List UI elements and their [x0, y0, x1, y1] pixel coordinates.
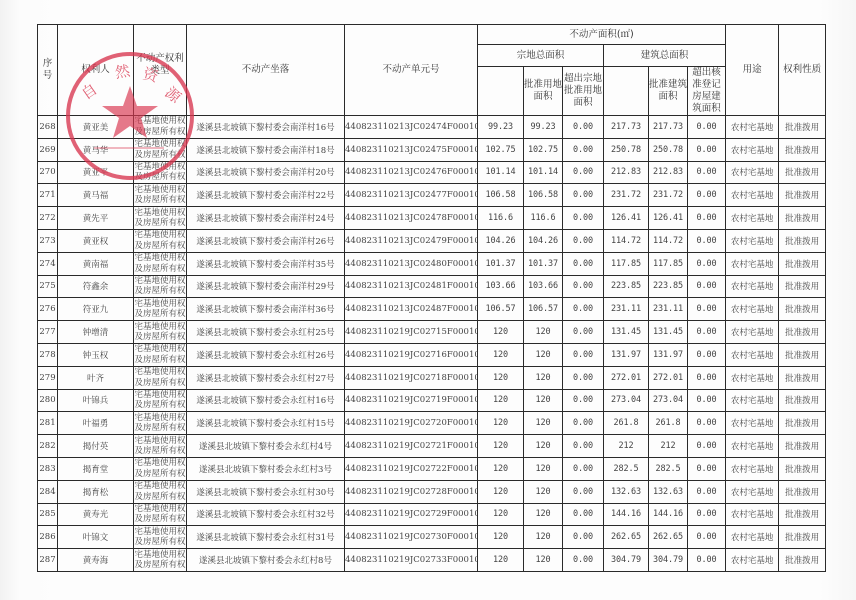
row-location: 遂溪县北坡镇下黎村委会永红村31号 [187, 526, 345, 549]
row-owner: 揭育堂 [58, 457, 134, 480]
row-land-total: 120 [478, 549, 524, 572]
row-building-excess: 0.00 [688, 343, 726, 366]
table-row: 273黄亚权宅基地使用权及房屋所有权遂溪县北坡镇下黎村委会南洋村26号44082… [38, 229, 826, 252]
row-owner: 黄马华 [58, 138, 134, 161]
row-owner: 揭育松 [58, 480, 134, 503]
row-land-approved: 103.66 [524, 275, 563, 298]
row-building-approved: 231.72 [649, 184, 688, 207]
row-usage: 农村宅基地 [726, 480, 779, 503]
row-unit-no: 440823110219JC02733F00010001 [345, 549, 478, 572]
row-seq: 282 [38, 435, 58, 458]
row-land-excess: 0.00 [563, 412, 604, 435]
row-building-excess: 0.00 [688, 116, 726, 139]
row-right-nature: 批准拨用 [779, 321, 826, 344]
row-building-approved: 304.79 [649, 549, 688, 572]
row-right-type: 宅基地使用权及房屋所有权 [134, 161, 187, 184]
header-land-total [478, 67, 524, 116]
row-building-total: 117.85 [604, 252, 649, 275]
row-land-total: 106.57 [478, 298, 524, 321]
row-owner: 叶福勇 [58, 412, 134, 435]
row-unit-no: 440823110219JC02721F00010001 [345, 435, 478, 458]
row-building-excess: 0.00 [688, 207, 726, 230]
row-usage: 农村宅基地 [726, 321, 779, 344]
row-right-nature: 批准拨用 [779, 138, 826, 161]
header-location: 不动产坐落 [187, 25, 345, 116]
row-seq: 276 [38, 298, 58, 321]
row-owner: 黄先平 [58, 207, 134, 230]
row-right-nature: 批准拨用 [779, 503, 826, 526]
row-owner: 黄亚权 [58, 229, 134, 252]
row-building-excess: 0.00 [688, 275, 726, 298]
row-land-approved: 120 [524, 435, 563, 458]
row-unit-no: 440823110213JC02480F00010001 [345, 252, 478, 275]
row-land-approved: 120 [524, 457, 563, 480]
row-right-type: 宅基地使用权及房屋所有权 [134, 298, 187, 321]
row-right-nature: 批准拨用 [779, 116, 826, 139]
row-building-total: 223.85 [604, 275, 649, 298]
row-unit-no: 440823110213JC02479F00010001 [345, 229, 478, 252]
table-row: 272黄先平宅基地使用权及房屋所有权遂溪县北坡镇下黎村委会南洋村24号44082… [38, 207, 826, 230]
row-location: 遂溪县北坡镇下黎村委会南洋村26号 [187, 229, 345, 252]
row-land-approved: 102.75 [524, 138, 563, 161]
row-unit-no: 440823110219JC02716F00010001 [345, 343, 478, 366]
row-building-total: 261.8 [604, 412, 649, 435]
header-building-total [604, 67, 649, 116]
table-body: 268黄亚美宅基地使用权及房屋所有权遂溪县北坡镇下黎村委会南洋村16号44082… [38, 116, 826, 572]
row-owner: 黄马福 [58, 184, 134, 207]
row-seq: 280 [38, 389, 58, 412]
row-location: 遂溪县北坡镇下黎村委会永红村3号 [187, 457, 345, 480]
row-land-approved: 99.23 [524, 116, 563, 139]
row-land-approved: 120 [524, 343, 563, 366]
row-land-excess: 0.00 [563, 161, 604, 184]
row-right-type: 宅基地使用权及房屋所有权 [134, 457, 187, 480]
header-excess-building: 超出核准登记房屋建筑面积 [688, 67, 726, 116]
row-right-nature: 批准拨用 [779, 389, 826, 412]
row-land-approved: 101.14 [524, 161, 563, 184]
row-location: 遂溪县北坡镇下黎村委会南洋村22号 [187, 184, 345, 207]
table-row: 276符亚九宅基地使用权及房屋所有权遂溪县北坡镇下黎村委会南洋村36号44082… [38, 298, 826, 321]
table-row: 287黄寿海宅基地使用权及房屋所有权遂溪县北坡镇下黎村委会永红村8号440823… [38, 549, 826, 572]
row-land-excess: 0.00 [563, 229, 604, 252]
row-building-total: 126.41 [604, 207, 649, 230]
row-building-excess: 0.00 [688, 435, 726, 458]
row-usage: 农村宅基地 [726, 116, 779, 139]
row-land-excess: 0.00 [563, 435, 604, 458]
row-land-excess: 0.00 [563, 457, 604, 480]
row-owner: 钟增清 [58, 321, 134, 344]
row-land-total: 120 [478, 480, 524, 503]
header-usage: 用途 [726, 25, 779, 116]
header-seq: 序号 [38, 25, 58, 116]
table-row: 284揭育松宅基地使用权及房屋所有权遂溪县北坡镇下黎村委会永红村30号44082… [38, 480, 826, 503]
row-land-excess: 0.00 [563, 503, 604, 526]
row-usage: 农村宅基地 [726, 207, 779, 230]
row-land-excess: 0.00 [563, 480, 604, 503]
row-building-approved: 282.5 [649, 457, 688, 480]
row-land-approved: 101.37 [524, 252, 563, 275]
row-land-total: 106.58 [478, 184, 524, 207]
row-owner: 揭付英 [58, 435, 134, 458]
row-unit-no: 440823110219JC02720F00010001 [345, 412, 478, 435]
row-seq: 272 [38, 207, 58, 230]
row-seq: 270 [38, 161, 58, 184]
row-building-total: 132.63 [604, 480, 649, 503]
row-location: 遂溪县北坡镇下黎村委会永红村8号 [187, 549, 345, 572]
row-right-type: 宅基地使用权及房屋所有权 [134, 207, 187, 230]
row-building-approved: 273.04 [649, 389, 688, 412]
row-land-excess: 0.00 [563, 526, 604, 549]
row-owner: 黄寿光 [58, 503, 134, 526]
row-right-type: 宅基地使用权及房屋所有权 [134, 503, 187, 526]
row-land-total: 102.75 [478, 138, 524, 161]
row-owner: 钟玉权 [58, 343, 134, 366]
row-right-nature: 批准拨用 [779, 457, 826, 480]
row-location: 遂溪县北坡镇下黎村委会永红村27号 [187, 366, 345, 389]
row-right-type: 宅基地使用权及房屋所有权 [134, 549, 187, 572]
row-usage: 农村宅基地 [726, 526, 779, 549]
row-unit-no: 440823110213JC02481F00010001 [345, 275, 478, 298]
row-land-total: 116.6 [478, 207, 524, 230]
row-unit-no: 440823110219JC02728F00010001 [345, 480, 478, 503]
row-seq: 274 [38, 252, 58, 275]
row-building-approved: 132.63 [649, 480, 688, 503]
row-usage: 农村宅基地 [726, 457, 779, 480]
row-building-total: 262.65 [604, 526, 649, 549]
row-building-total: 144.16 [604, 503, 649, 526]
row-location: 遂溪县北坡镇下黎村委会永红村16号 [187, 389, 345, 412]
row-unit-no: 440823110219JC02719F00010001 [345, 389, 478, 412]
row-right-nature: 批准拨用 [779, 184, 826, 207]
row-location: 遂溪县北坡镇下黎村委会南洋村29号 [187, 275, 345, 298]
row-building-excess: 0.00 [688, 321, 726, 344]
header-owner: 权利人 [58, 25, 134, 116]
row-usage: 农村宅基地 [726, 366, 779, 389]
row-owner: 叶齐 [58, 366, 134, 389]
header-right-type: 不动产权利类型 [134, 25, 187, 116]
row-land-total: 120 [478, 457, 524, 480]
row-building-approved: 272.01 [649, 366, 688, 389]
row-seq: 284 [38, 480, 58, 503]
row-right-type: 宅基地使用权及房屋所有权 [134, 389, 187, 412]
row-right-nature: 批准拨用 [779, 343, 826, 366]
row-usage: 农村宅基地 [726, 298, 779, 321]
row-right-nature: 批准拨用 [779, 229, 826, 252]
row-location: 遂溪县北坡镇下黎村委会南洋村16号 [187, 116, 345, 139]
row-usage: 农村宅基地 [726, 161, 779, 184]
row-building-approved: 231.11 [649, 298, 688, 321]
row-building-excess: 0.00 [688, 161, 726, 184]
row-land-approved: 106.58 [524, 184, 563, 207]
row-land-total: 104.26 [478, 229, 524, 252]
row-building-total: 212.83 [604, 161, 649, 184]
row-right-type: 宅基地使用权及房屋所有权 [134, 343, 187, 366]
row-building-excess: 0.00 [688, 389, 726, 412]
row-seq: 278 [38, 343, 58, 366]
row-right-type: 宅基地使用权及房屋所有权 [134, 435, 187, 458]
row-right-nature: 批准拨用 [779, 366, 826, 389]
row-right-type: 宅基地使用权及房屋所有权 [134, 184, 187, 207]
row-building-total: 231.11 [604, 298, 649, 321]
row-seq: 287 [38, 549, 58, 572]
row-right-nature: 批准拨用 [779, 275, 826, 298]
row-building-excess: 0.00 [688, 457, 726, 480]
header-right-nature: 权利性质 [779, 25, 826, 116]
row-land-excess: 0.00 [563, 366, 604, 389]
row-building-approved: 262.65 [649, 526, 688, 549]
row-unit-no: 440823110213JC02478F00010001 [345, 207, 478, 230]
row-building-total: 272.01 [604, 366, 649, 389]
row-building-excess: 0.00 [688, 412, 726, 435]
row-usage: 农村宅基地 [726, 184, 779, 207]
row-unit-no: 440823110219JC02718F00010001 [345, 366, 478, 389]
row-land-total: 120 [478, 366, 524, 389]
row-building-approved: 223.85 [649, 275, 688, 298]
row-building-total: 212 [604, 435, 649, 458]
row-land-total: 103.66 [478, 275, 524, 298]
header-excess-land: 超出宗地批准用地面积 [563, 67, 604, 116]
row-building-excess: 0.00 [688, 229, 726, 252]
row-land-total: 99.23 [478, 116, 524, 139]
row-seq: 279 [38, 366, 58, 389]
row-building-approved: 126.41 [649, 207, 688, 230]
row-location: 遂溪县北坡镇下黎村委会永红村4号 [187, 435, 345, 458]
table-row: 275符鑫余宅基地使用权及房屋所有权遂溪县北坡镇下黎村委会南洋村29号44082… [38, 275, 826, 298]
row-right-nature: 批准拨用 [779, 252, 826, 275]
row-land-excess: 0.00 [563, 184, 604, 207]
row-building-approved: 212 [649, 435, 688, 458]
row-building-approved: 131.97 [649, 343, 688, 366]
row-land-total: 120 [478, 503, 524, 526]
row-right-nature: 批准拨用 [779, 161, 826, 184]
row-land-excess: 0.00 [563, 343, 604, 366]
row-right-type: 宅基地使用权及房屋所有权 [134, 526, 187, 549]
row-unit-no: 440823110213JC02475F00010001 [345, 138, 478, 161]
row-owner: 叶锦兵 [58, 389, 134, 412]
row-usage: 农村宅基地 [726, 138, 779, 161]
row-building-total: 273.04 [604, 389, 649, 412]
row-building-total: 250.78 [604, 138, 649, 161]
row-land-excess: 0.00 [563, 549, 604, 572]
scanned-page: 序号 权利人 不动产权利类型 不动产坐落 不动产单元号 不动产面积(㎡) 用途 … [0, 0, 856, 600]
table-row: 268黄亚美宅基地使用权及房屋所有权遂溪县北坡镇下黎村委会南洋村16号44082… [38, 116, 826, 139]
row-owner: 叶锦文 [58, 526, 134, 549]
row-building-approved: 131.45 [649, 321, 688, 344]
row-building-approved: 212.83 [649, 161, 688, 184]
row-land-approved: 106.57 [524, 298, 563, 321]
row-unit-no: 440823110213JC02476F00010001 [345, 161, 478, 184]
row-land-total: 120 [478, 435, 524, 458]
table-row: 281叶福勇宅基地使用权及房屋所有权遂溪县北坡镇下黎村委会永红村15号44082… [38, 412, 826, 435]
row-land-excess: 0.00 [563, 298, 604, 321]
row-building-total: 131.97 [604, 343, 649, 366]
row-usage: 农村宅基地 [726, 343, 779, 366]
row-usage: 农村宅基地 [726, 389, 779, 412]
row-building-approved: 114.72 [649, 229, 688, 252]
row-land-approved: 120 [524, 412, 563, 435]
row-owner: 符亚九 [58, 298, 134, 321]
row-seq: 285 [38, 503, 58, 526]
row-right-nature: 批准拨用 [779, 480, 826, 503]
table-row: 280叶锦兵宅基地使用权及房屋所有权遂溪县北坡镇下黎村委会永红村16号44082… [38, 389, 826, 412]
row-building-excess: 0.00 [688, 366, 726, 389]
row-building-approved: 250.78 [649, 138, 688, 161]
row-seq: 273 [38, 229, 58, 252]
row-usage: 农村宅基地 [726, 549, 779, 572]
row-building-excess: 0.00 [688, 298, 726, 321]
table-row: 271黄马福宅基地使用权及房屋所有权遂溪县北坡镇下黎村委会南洋村22号44082… [38, 184, 826, 207]
row-seq: 277 [38, 321, 58, 344]
header-approved-land: 批准用地面积 [524, 67, 563, 116]
row-building-excess: 0.00 [688, 526, 726, 549]
row-building-excess: 0.00 [688, 480, 726, 503]
table-row: 285黄寿光宅基地使用权及房屋所有权遂溪县北坡镇下黎村委会永红村32号44082… [38, 503, 826, 526]
row-building-excess: 0.00 [688, 252, 726, 275]
row-location: 遂溪县北坡镇下黎村委会南洋村18号 [187, 138, 345, 161]
row-building-excess: 0.00 [688, 138, 726, 161]
row-usage: 农村宅基地 [726, 503, 779, 526]
row-unit-no: 440823110219JC02730F00010001 [345, 526, 478, 549]
row-building-excess: 0.00 [688, 184, 726, 207]
row-land-excess: 0.00 [563, 321, 604, 344]
row-owner: 黄亚平 [58, 161, 134, 184]
row-right-type: 宅基地使用权及房屋所有权 [134, 116, 187, 139]
row-building-excess: 0.00 [688, 503, 726, 526]
row-seq: 268 [38, 116, 58, 139]
row-land-excess: 0.00 [563, 138, 604, 161]
row-seq: 275 [38, 275, 58, 298]
row-owner: 黄寿海 [58, 549, 134, 572]
table-row: 286叶锦文宅基地使用权及房屋所有权遂溪县北坡镇下黎村委会永红村31号44082… [38, 526, 826, 549]
row-right-nature: 批准拨用 [779, 207, 826, 230]
row-location: 遂溪县北坡镇下黎村委会永红村25号 [187, 321, 345, 344]
row-right-type: 宅基地使用权及房屋所有权 [134, 480, 187, 503]
row-land-excess: 0.00 [563, 116, 604, 139]
row-land-approved: 120 [524, 366, 563, 389]
row-seq: 269 [38, 138, 58, 161]
row-owner: 黄南福 [58, 252, 134, 275]
row-right-type: 宅基地使用权及房屋所有权 [134, 412, 187, 435]
table-row: 270黄亚平宅基地使用权及房屋所有权遂溪县北坡镇下黎村委会南洋村20号44082… [38, 161, 826, 184]
row-building-excess: 0.00 [688, 549, 726, 572]
row-location: 遂溪县北坡镇下黎村委会南洋村20号 [187, 161, 345, 184]
header-approved-building: 批准建筑面积 [649, 67, 688, 116]
table-row: 274黄南福宅基地使用权及房屋所有权遂溪县北坡镇下黎村委会南洋村35号44082… [38, 252, 826, 275]
row-land-excess: 0.00 [563, 389, 604, 412]
registration-table: 序号 权利人 不动产权利类型 不动产坐落 不动产单元号 不动产面积(㎡) 用途 … [37, 24, 826, 572]
row-unit-no: 440823110213JC02487F00010001 [345, 298, 478, 321]
row-seq: 283 [38, 457, 58, 480]
row-land-total: 120 [478, 389, 524, 412]
row-location: 遂溪县北坡镇下黎村委会南洋村35号 [187, 252, 345, 275]
row-usage: 农村宅基地 [726, 275, 779, 298]
row-owner: 黄亚美 [58, 116, 134, 139]
row-land-total: 120 [478, 526, 524, 549]
row-right-nature: 批准拨用 [779, 549, 826, 572]
row-land-approved: 120 [524, 549, 563, 572]
row-building-total: 114.72 [604, 229, 649, 252]
row-right-type: 宅基地使用权及房屋所有权 [134, 275, 187, 298]
table-header: 序号 权利人 不动产权利类型 不动产坐落 不动产单元号 不动产面积(㎡) 用途 … [38, 25, 826, 116]
row-usage: 农村宅基地 [726, 252, 779, 275]
row-building-approved: 217.73 [649, 116, 688, 139]
row-land-excess: 0.00 [563, 252, 604, 275]
row-land-total: 120 [478, 412, 524, 435]
row-location: 遂溪县北坡镇下黎村委会南洋村36号 [187, 298, 345, 321]
row-land-approved: 120 [524, 480, 563, 503]
row-building-approved: 117.85 [649, 252, 688, 275]
table-row: 269黄马华宅基地使用权及房屋所有权遂溪县北坡镇下黎村委会南洋村18号44082… [38, 138, 826, 161]
row-right-type: 宅基地使用权及房屋所有权 [134, 229, 187, 252]
header-area-group: 不动产面积(㎡) [478, 25, 726, 45]
row-land-total: 120 [478, 343, 524, 366]
row-building-approved: 144.16 [649, 503, 688, 526]
header-land-group: 宗地总面积 [478, 45, 604, 67]
row-location: 遂溪县北坡镇下黎村委会永红村15号 [187, 412, 345, 435]
row-land-excess: 0.00 [563, 207, 604, 230]
row-land-approved: 120 [524, 321, 563, 344]
row-land-total: 101.14 [478, 161, 524, 184]
row-land-total: 120 [478, 321, 524, 344]
row-land-approved: 120 [524, 526, 563, 549]
row-unit-no: 440823110219JC02715F00010001 [345, 321, 478, 344]
row-building-total: 282.5 [604, 457, 649, 480]
row-unit-no: 440823110213JC02474F00010001 [345, 116, 478, 139]
row-seq: 271 [38, 184, 58, 207]
row-location: 遂溪县北坡镇下黎村委会南洋村24号 [187, 207, 345, 230]
row-building-total: 131.45 [604, 321, 649, 344]
row-right-nature: 批准拨用 [779, 298, 826, 321]
row-usage: 农村宅基地 [726, 229, 779, 252]
row-seq: 281 [38, 412, 58, 435]
table-row: 279叶齐宅基地使用权及房屋所有权遂溪县北坡镇下黎村委会永红村27号440823… [38, 366, 826, 389]
row-right-type: 宅基地使用权及房屋所有权 [134, 366, 187, 389]
table-row: 277钟增清宅基地使用权及房屋所有权遂溪县北坡镇下黎村委会永红村25号44082… [38, 321, 826, 344]
row-right-nature: 批准拨用 [779, 412, 826, 435]
row-land-excess: 0.00 [563, 275, 604, 298]
row-usage: 农村宅基地 [726, 412, 779, 435]
row-right-type: 宅基地使用权及房屋所有权 [134, 252, 187, 275]
row-unit-no: 440823110219JC02722F00010001 [345, 457, 478, 480]
row-unit-no: 440823110219JC02729F00010001 [345, 503, 478, 526]
row-location: 遂溪县北坡镇下黎村委会永红村30号 [187, 480, 345, 503]
row-owner: 符鑫余 [58, 275, 134, 298]
table-row: 278钟玉权宅基地使用权及房屋所有权遂溪县北坡镇下黎村委会永红村26号44082… [38, 343, 826, 366]
row-land-approved: 120 [524, 503, 563, 526]
row-land-approved: 116.6 [524, 207, 563, 230]
row-unit-no: 440823110213JC02477F00010001 [345, 184, 478, 207]
row-location: 遂溪县北坡镇下黎村委会永红村26号 [187, 343, 345, 366]
row-land-total: 101.37 [478, 252, 524, 275]
row-building-total: 304.79 [604, 549, 649, 572]
row-land-approved: 104.26 [524, 229, 563, 252]
header-unit-no: 不动产单元号 [345, 25, 478, 116]
table-row: 283揭育堂宅基地使用权及房屋所有权遂溪县北坡镇下黎村委会永红村3号440823… [38, 457, 826, 480]
row-building-approved: 261.8 [649, 412, 688, 435]
row-location: 遂溪县北坡镇下黎村委会永红村32号 [187, 503, 345, 526]
row-usage: 农村宅基地 [726, 435, 779, 458]
row-right-nature: 批准拨用 [779, 526, 826, 549]
row-right-type: 宅基地使用权及房屋所有权 [134, 138, 187, 161]
row-land-approved: 120 [524, 389, 563, 412]
header-building-group: 建筑总面积 [604, 45, 726, 67]
row-building-total: 231.72 [604, 184, 649, 207]
row-seq: 286 [38, 526, 58, 549]
row-building-total: 217.73 [604, 116, 649, 139]
row-right-type: 宅基地使用权及房屋所有权 [134, 321, 187, 344]
row-right-nature: 批准拨用 [779, 435, 826, 458]
table-row: 282揭付英宅基地使用权及房屋所有权遂溪县北坡镇下黎村委会永红村4号440823… [38, 435, 826, 458]
